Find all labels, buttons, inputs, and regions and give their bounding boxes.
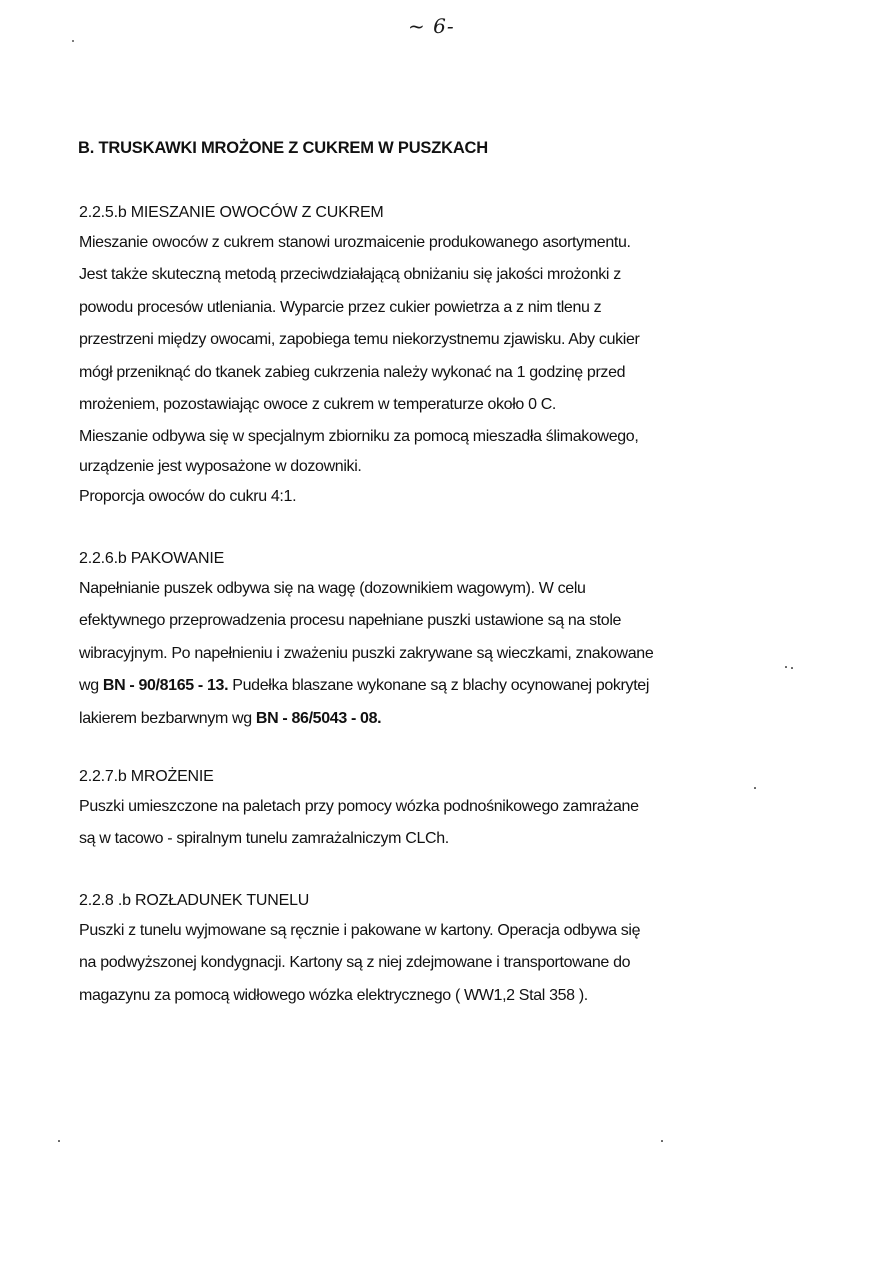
paragraph-line: mógł przeniknąć do tkanek zabieg cukrzen… bbox=[79, 363, 799, 383]
paragraph-line: magazynu za pomocą widłowego wózka elekt… bbox=[79, 986, 799, 1006]
paragraph-line: wg BN - 90/8165 - 13. Pudełka blaszane w… bbox=[79, 676, 799, 696]
scan-speck bbox=[791, 667, 793, 669]
paragraph-line: są w tacowo - spiralnym tunelu zamrażaln… bbox=[79, 829, 799, 849]
paragraph-line: Mieszanie odbywa się w specjalnym zbiorn… bbox=[79, 427, 799, 447]
section-mixing: 2.2.5.b MIESZANIE OWOCÓW Z CUKREM Miesza… bbox=[79, 203, 799, 520]
paragraph-line: Jest także skuteczną metodą przeciwdział… bbox=[79, 265, 799, 285]
section-heading: 2.2.7.b MROŻENIE bbox=[79, 767, 799, 787]
scan-speck bbox=[72, 40, 74, 42]
paragraph-line: mrożeniem, pozostawiając owoce z cukrem … bbox=[79, 395, 799, 415]
paragraph-line: powodu procesów utleniania. Wyparcie prz… bbox=[79, 298, 799, 318]
paragraph-line: wibracyjnym. Po napełnieniu i zważeniu p… bbox=[79, 644, 799, 664]
text-run: lakierem bezbarwnym wg bbox=[79, 710, 256, 727]
scan-speck bbox=[785, 666, 787, 668]
scan-speck bbox=[754, 787, 756, 789]
paragraph-line: Mieszanie owoców z cukrem stanowi urozma… bbox=[79, 233, 799, 253]
text-run: wg bbox=[79, 677, 103, 694]
paragraph-line: lakierem bezbarwnym wg BN - 86/5043 - 08… bbox=[79, 709, 799, 729]
standard-reference: BN - 86/5043 - 08. bbox=[256, 710, 381, 727]
section-freezing: 2.2.7.b MROŻENIE Puszki umieszczone na p… bbox=[79, 767, 799, 862]
paragraph-line: na podwyższonej kondygnacji. Kartony są … bbox=[79, 953, 799, 973]
section-heading: 2.2.5.b MIESZANIE OWOCÓW Z CUKREM bbox=[79, 203, 799, 223]
scan-speck bbox=[58, 1140, 60, 1142]
section-heading: 2.2.6.b PAKOWANIE bbox=[79, 549, 799, 569]
paragraph-line: przestrzeni między owocami, zapobiega te… bbox=[79, 330, 799, 350]
section-tunnel-unloading: 2.2.8 .b ROZŁADUNEK TUNELU Puszki z tune… bbox=[79, 891, 799, 1018]
scan-speck bbox=[661, 1140, 663, 1142]
section-packing: 2.2.6.b PAKOWANIE Napełnianie puszek odb… bbox=[79, 549, 799, 741]
paragraph-line: efektywnego przeprowadzenia procesu nape… bbox=[79, 611, 799, 631]
paragraph-line: Puszki umieszczone na paletach przy pomo… bbox=[79, 797, 799, 817]
document-title: B. TRUSKAWKI MROŻONE Z CUKREM W PUSZKACH bbox=[78, 139, 488, 158]
paragraph-line: Puszki z tunelu wyjmowane są ręcznie i p… bbox=[79, 921, 799, 941]
page-number: ~ 6- bbox=[408, 14, 455, 38]
paragraph-line: Proporcja owoców do cukru 4:1. bbox=[79, 487, 799, 507]
standard-reference: BN - 90/8165 - 13. bbox=[103, 677, 228, 694]
section-heading: 2.2.8 .b ROZŁADUNEK TUNELU bbox=[79, 891, 799, 911]
paragraph-line: Napełnianie puszek odbywa się na wagę (d… bbox=[79, 579, 799, 599]
paragraph-line: urządzenie jest wyposażone w dozowniki. bbox=[79, 457, 799, 477]
text-run: Pudełka blaszane wykonane są z blachy oc… bbox=[228, 677, 649, 694]
